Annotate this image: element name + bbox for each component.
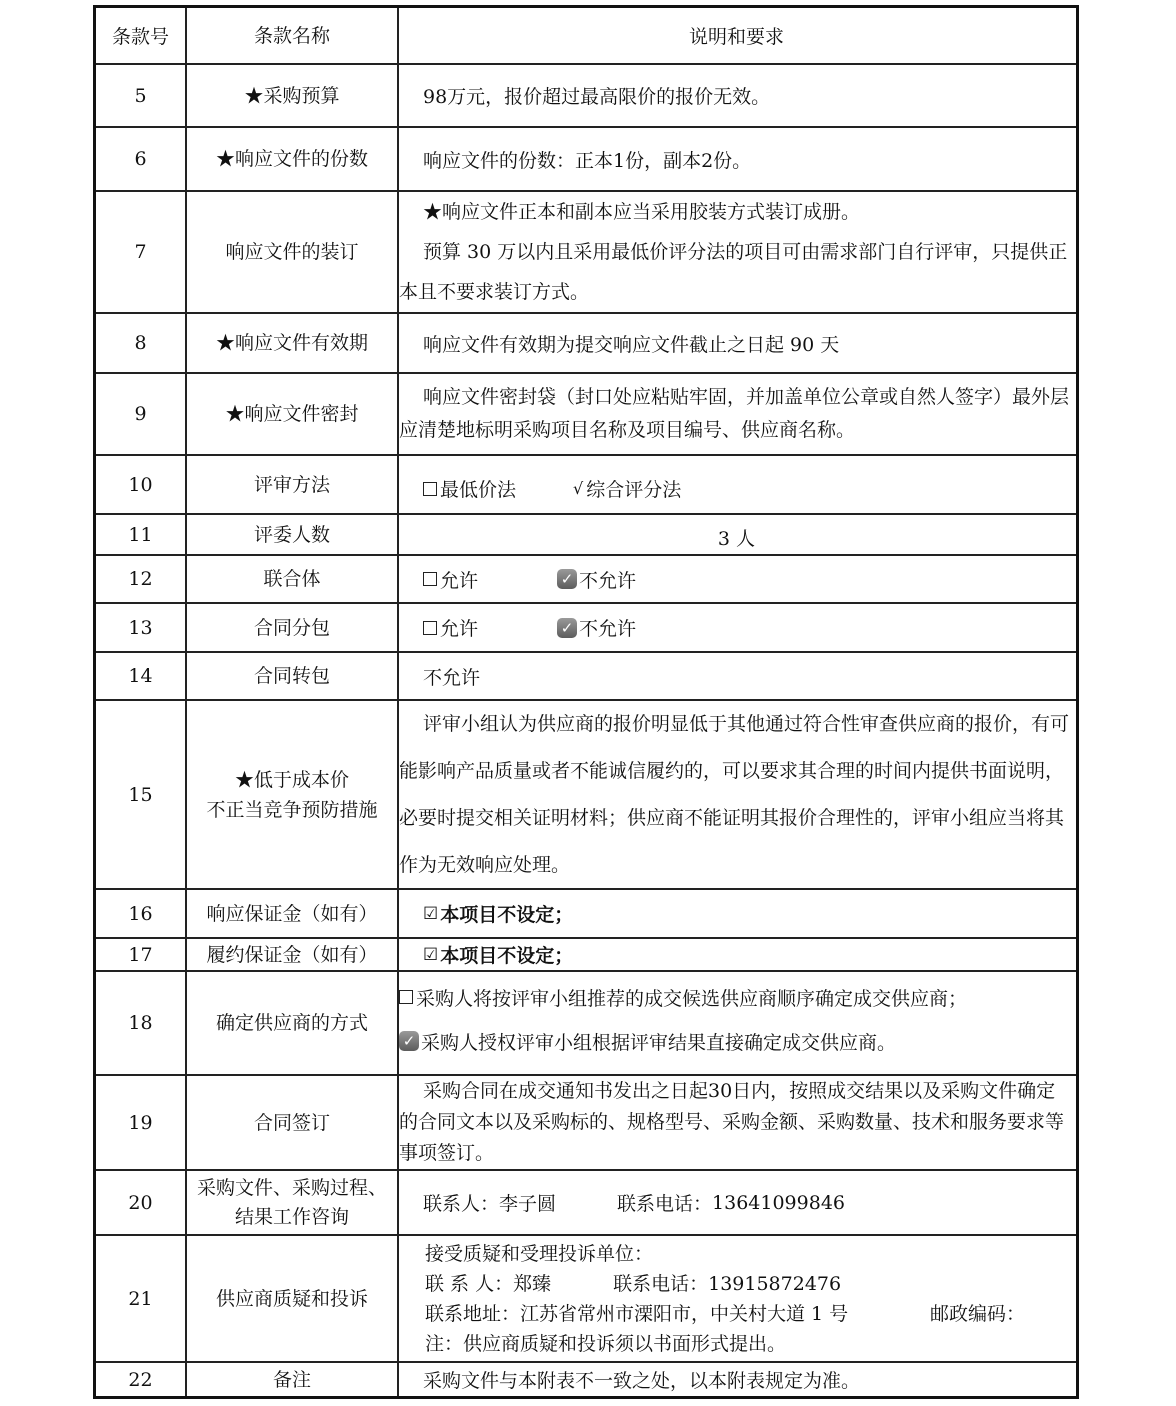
table-row: 14 合同转包 不允许 (96, 653, 1076, 701)
unchecked-box-icon (399, 990, 413, 1004)
clause-name: ★响应文件有效期 (187, 314, 399, 372)
clause-no: 14 (96, 653, 187, 699)
header-clause-name: 条款名称 (187, 8, 399, 63)
option-allow[interactable]: 允许 (423, 614, 557, 641)
clause-name: ★低于成本价 不正当竞争预防措施 (187, 701, 399, 888)
complaint-title: 接受质疑和受理投诉单位： (425, 1239, 1074, 1269)
table-row: 10 评审方法 最低价法 √ 综合评分法 (96, 456, 1076, 515)
procurement-terms-table: 条款号 条款名称 说明和要求 5 ★采购预算 98万元，报价超过最高限价的报价无… (93, 5, 1079, 1399)
clause-desc: 采购文件与本附表不一致之处，以本附表规定为准。 (399, 1363, 1076, 1396)
clause-desc: 响应文件的份数：正本1份，副本2份。 (399, 128, 1076, 190)
contact-person: 李子圆 (499, 1189, 617, 1216)
table-row: 5 ★采购预算 98万元，报价超过最高限价的报价无效。 (96, 65, 1076, 128)
clause-no: 10 (96, 456, 187, 513)
option-disallow[interactable]: ✓ 不允许 (557, 566, 636, 593)
clause-no: 16 (96, 890, 187, 937)
checked-box-icon: ☑ (423, 945, 438, 965)
table-row: 19 合同签订 采购合同在成交通知书发出之日起30日内，按照成交结果以及采购文件… (96, 1076, 1076, 1171)
clause-name: 确定供应商的方式 (187, 972, 399, 1074)
clause-desc: 98万元，报价超过最高限价的报价无效。 (399, 65, 1076, 126)
clause-name: 备注 (187, 1363, 399, 1396)
clause-no: 5 (96, 65, 187, 126)
unchecked-box-icon (423, 572, 437, 586)
unchecked-box-icon (423, 482, 437, 496)
table-row: 17 履约保证金（如有） ☑ 本项目不设定； (96, 939, 1076, 972)
clause-no: 12 (96, 556, 187, 602)
supplier-selection-options: 采购人将按评审小组推荐的成交候选供应商顺序确定成交供应商； ✓ 采购人授权评审小… (399, 972, 1076, 1074)
clause-no: 11 (96, 515, 187, 554)
clause-name: ★采购预算 (187, 65, 399, 126)
clause-no: 18 (96, 972, 187, 1074)
clause-no: 15 (96, 701, 187, 888)
complaint-address-line: 联系地址： 江苏省常州市溧阳市，中关村大道 1 号 邮政编码： (425, 1299, 1074, 1329)
clause-no: 17 (96, 939, 187, 970)
option-lowest-price[interactable]: 最低价法 (423, 475, 573, 502)
table-row: 8 ★响应文件有效期 响应文件有效期为提交响应文件截止之日起 90 天 (96, 314, 1076, 374)
header-clause-no: 条款号 (96, 8, 187, 63)
clause-name: 评审方法 (187, 456, 399, 513)
clause-desc: ★响应文件正本和副本应当采用胶装方式装订成册。 预算 30 万以内且采用最低价评… (399, 192, 1076, 312)
subcontract-options: 允许 ✓ 不允许 (399, 604, 1076, 651)
clause-name: ★响应文件的份数 (187, 128, 399, 190)
deposit-option: ☑ 本项目不设定； (399, 890, 1076, 937)
contact-phone: 13641099846 (712, 1192, 845, 1214)
clause-name: 响应文件的装订 (187, 192, 399, 312)
table-row: 18 确定供应商的方式 采购人将按评审小组推荐的成交候选供应商顺序确定成交供应商… (96, 972, 1076, 1076)
clause-no: 21 (96, 1236, 187, 1361)
table-row: 13 合同分包 允许 ✓ 不允许 (96, 604, 1076, 653)
performance-bond-option: ☑ 本项目不设定； (399, 939, 1076, 970)
unchecked-box-icon (423, 621, 437, 635)
clause-no: 20 (96, 1171, 187, 1234)
clause-no: 7 (96, 192, 187, 312)
clause-no: 13 (96, 604, 187, 651)
clause-name: 合同分包 (187, 604, 399, 651)
checked-box-icon: ✓ (557, 618, 577, 638)
complaint-phone: 13915872476 (708, 1269, 841, 1299)
table-row: 16 响应保证金（如有） ☑ 本项目不设定； (96, 890, 1076, 939)
clause-desc: 评审小组认为供应商的报价明显低于其他通过符合性审查供应商的报价，有可能影响产品质… (399, 701, 1076, 888)
clause-no: 19 (96, 1076, 187, 1169)
table-row: 20 采购文件、采购过程、 结果工作咨询 联系人： 李子圆 联系电话： 1364… (96, 1171, 1076, 1236)
checkmark-icon: √ (573, 479, 583, 498)
evaluation-method-options: 最低价法 √ 综合评分法 (399, 456, 1076, 513)
clause-name: 响应保证金（如有） (187, 890, 399, 937)
complaint-info: 接受质疑和受理投诉单位： 联 系 人： 郑臻 联系电话： 13915872476… (399, 1236, 1076, 1361)
clause-no: 6 (96, 128, 187, 190)
clause-no: 22 (96, 1363, 187, 1396)
clause-name: 供应商质疑和投诉 (187, 1236, 399, 1361)
complaint-note: 注：供应商质疑和投诉须以书面形式提出。 (425, 1329, 1074, 1359)
table-row: 15 ★低于成本价 不正当竞争预防措施 评审小组认为供应商的报价明显低于其他通过… (96, 701, 1076, 890)
clause-no: 8 (96, 314, 187, 372)
checked-box-icon: ☑ (423, 904, 438, 924)
clause-name: 合同签订 (187, 1076, 399, 1169)
contact-phone-label: 联系电话： (617, 1189, 712, 1216)
option-disallow[interactable]: ✓ 不允许 (557, 614, 636, 641)
clause-name: ★响应文件密封 (187, 374, 399, 454)
consortium-options: 允许 ✓ 不允许 (399, 556, 1076, 602)
inquiry-contact: 联系人： 李子圆 联系电话： 13641099846 (399, 1171, 1076, 1234)
complaint-person: 郑臻 (513, 1269, 613, 1299)
clause-desc: 响应文件密封袋（封口处应粘贴牢固，并加盖单位公章或自然人签字）最外层应清楚地标明… (399, 374, 1076, 454)
clause-name: 合同转包 (187, 653, 399, 699)
header-description: 说明和要求 (399, 8, 1076, 63)
option-comprehensive-scoring[interactable]: √ 综合评分法 (573, 475, 681, 502)
clause-name: 评委人数 (187, 515, 399, 554)
table-row: 7 响应文件的装订 ★响应文件正本和副本应当采用胶装方式装订成册。 预算 30 … (96, 192, 1076, 314)
table-row: 11 评委人数 3 人 (96, 515, 1076, 556)
option-not-set[interactable]: ☑ 本项目不设定； (399, 941, 1074, 968)
table-row: 12 联合体 允许 ✓ 不允许 (96, 556, 1076, 604)
complaint-contact-line: 联 系 人： 郑臻 联系电话： 13915872476 (425, 1269, 1074, 1299)
checked-box-icon: ✓ (557, 569, 577, 589)
clause-desc: 响应文件有效期为提交响应文件截止之日起 90 天 (399, 314, 1076, 372)
clause-desc: 不允许 (399, 653, 1076, 699)
table-row: 21 供应商质疑和投诉 接受质疑和受理投诉单位： 联 系 人： 郑臻 联系电话：… (96, 1236, 1076, 1363)
option-not-set[interactable]: ☑ 本项目不设定； (399, 900, 1074, 927)
clause-name: 联合体 (187, 556, 399, 602)
contact-person-label: 联系人： (423, 1189, 499, 1216)
table-row: 22 备注 采购文件与本附表不一致之处，以本附表规定为准。 (96, 1363, 1076, 1396)
option-allow[interactable]: 允许 (423, 566, 557, 593)
clause-name: 履约保证金（如有） (187, 939, 399, 970)
checked-box-icon: ✓ (399, 1031, 419, 1051)
clause-name: 采购文件、采购过程、 结果工作咨询 (187, 1171, 399, 1234)
option-by-ranking[interactable]: 采购人将按评审小组推荐的成交候选供应商顺序确定成交供应商； (399, 978, 1074, 1016)
table-row: 9 ★响应文件密封 响应文件密封袋（封口处应粘贴牢固，并加盖单位公章或自然人签字… (96, 374, 1076, 456)
option-authorize-panel[interactable]: ✓ 采购人授权评审小组根据评审结果直接确定成交供应商。 (399, 1022, 1074, 1060)
clause-desc: 3 人 (399, 515, 1076, 554)
table-row: 6 ★响应文件的份数 响应文件的份数：正本1份，副本2份。 (96, 128, 1076, 192)
clause-no: 9 (96, 374, 187, 454)
complaint-address: 江苏省常州市溧阳市，中关村大道 1 号 (520, 1299, 930, 1329)
clause-desc: 采购合同在成交通知书发出之日起30日内，按照成交结果以及采购文件确定的合同文本以… (399, 1076, 1076, 1169)
table-header: 条款号 条款名称 说明和要求 (96, 8, 1076, 65)
